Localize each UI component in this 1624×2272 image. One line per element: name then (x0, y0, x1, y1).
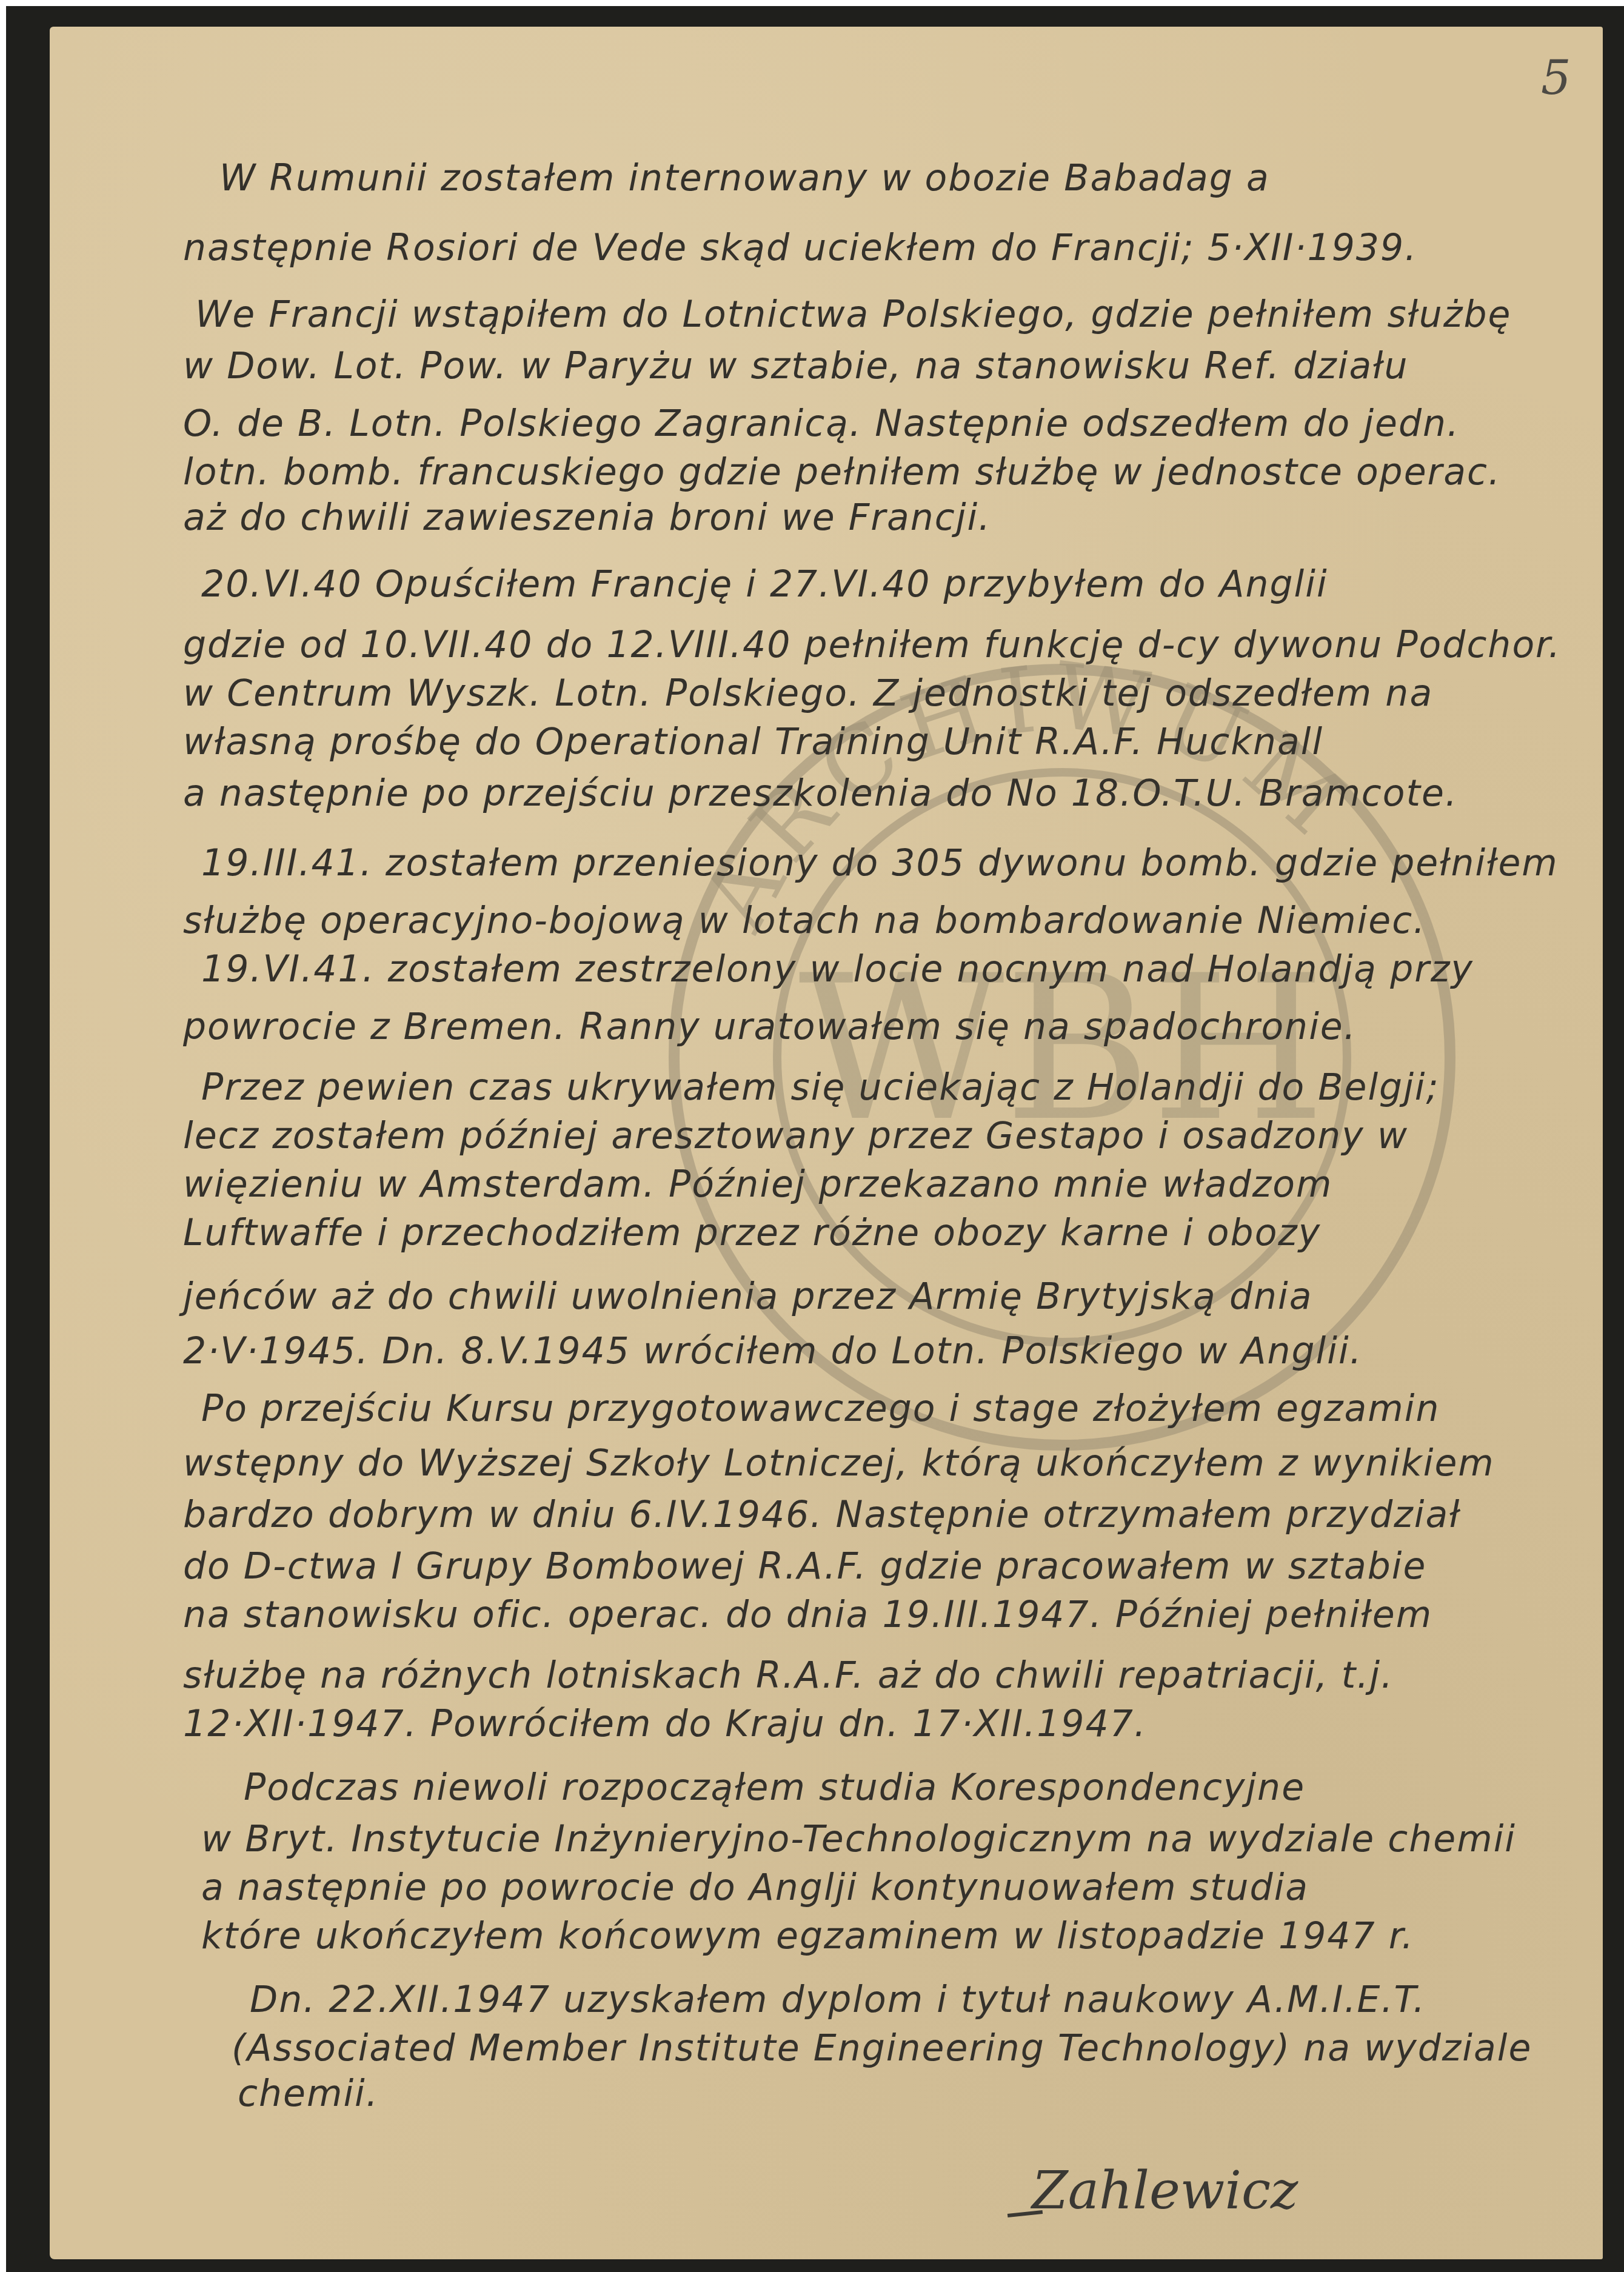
text-line-17: Przez pewien czas ukrywałem się uciekają… (201, 1066, 1440, 1109)
text-line-20: Luftwaffe i przechodziłem przez różne ob… (183, 1212, 1321, 1254)
text-line-1: W Rumunii zostałem internowany w obozie … (219, 157, 1270, 199)
text-line-21: jeńców aż do chwili uwolnienia przez Arm… (183, 1275, 1312, 1318)
text-line-4: w Dow. Lot. Pow. w Paryżu w sztabie, na … (183, 345, 1408, 387)
text-line-7: aż do chwili zawieszenia broni we Francj… (183, 496, 991, 539)
text-line-3: We Francji wstąpiłem do Lotnictwa Polski… (195, 293, 1511, 336)
text-line-30: Podczas niewoli rozpocząłem studia Kores… (244, 1766, 1305, 1809)
text-line-32: a następnie po powrocie do Anglji kontyn… (201, 1866, 1309, 1909)
text-line-11: własną prośbę do Operational Training Un… (183, 721, 1323, 763)
text-line-16: powrocie z Bremen. Ranny uratowałem się … (183, 1006, 1357, 1048)
text-line-8: 20.VI.40 Opuściłem Francję i 27.VI.40 pr… (201, 563, 1328, 606)
text-line-36: chemii. (238, 2073, 379, 2115)
page-number: 5 (1541, 51, 1571, 105)
text-line-26: do D-ctwa I Grupy Bombowej R.A.F. gdzie … (183, 1545, 1426, 1588)
text-line-35: (Associated Member Institute Engineering… (232, 2027, 1532, 2070)
text-line-14: służbę operacyjno-bojową w lotach na bom… (183, 900, 1426, 942)
document-page: ARCHIWUM WBH 5 W Rumunii zostałem intern… (50, 27, 1603, 2259)
text-line-27: na stanowisku ofic. operac. do dnia 19.I… (183, 1594, 1432, 1636)
text-line-19: więzieniu w Amsterdam. Później przekazan… (183, 1163, 1332, 1206)
text-line-12: a następnie po przejściu przeszkolenia d… (183, 772, 1458, 815)
text-line-2: następnie Rosiori de Vede skąd uciekłem … (183, 227, 1417, 269)
text-line-33: które ukończyłem końcowym egzaminem w li… (201, 1915, 1414, 1957)
signature: Zahlewicz (1032, 2160, 1298, 2221)
text-line-23: Po przejściu Kursu przygotowawczego i st… (201, 1388, 1440, 1430)
text-line-28: służbę na różnych lotniskach R.A.F. aż d… (183, 1654, 1394, 1697)
text-line-6: lotn. bomb. francuskiego gdzie pełniłem … (183, 451, 1501, 493)
text-line-24: wstępny do Wyższej Szkoły Lotniczej, któ… (183, 1442, 1495, 1485)
text-line-5: O. de B. Lotn. Polskiego Zagranicą. Nast… (183, 403, 1460, 445)
text-line-34: Dn. 22.XII.1947 uzyskałem dyplom i tytuł… (250, 1979, 1426, 2021)
text-line-22: 2·V·1945. Dn. 8.V.1945 wróciłem do Lotn.… (183, 1330, 1363, 1372)
text-line-13: 19.III.41. zostałem przeniesiony do 305 … (201, 842, 1559, 884)
text-line-10: w Centrum Wyszk. Lotn. Polskiego. Z jedn… (183, 672, 1433, 715)
text-line-29: 12·XII·1947. Powróciłem do Kraju dn. 17·… (183, 1703, 1147, 1745)
text-line-31: w Bryt. Instytucie Inżynieryjno-Technolo… (201, 1818, 1516, 1860)
text-line-18: lecz zostałem później aresztowany przez … (183, 1115, 1408, 1157)
text-line-15: 19.VI.41. zostałem zestrzelony w locie n… (201, 948, 1474, 991)
text-line-25: bardzo dobrym w dniu 6.IV.1946. Następni… (183, 1494, 1460, 1536)
text-line-9: gdzie od 10.VII.40 do 12.VIII.40 pełniłe… (183, 624, 1561, 666)
